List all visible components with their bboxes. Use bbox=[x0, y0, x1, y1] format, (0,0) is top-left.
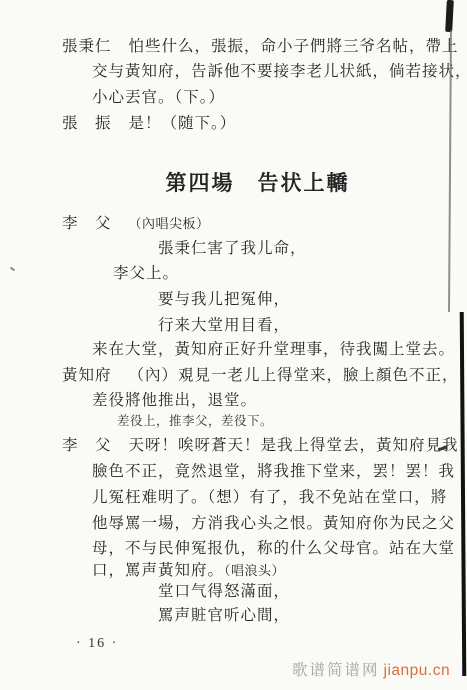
watermark: 歌谱简谱网jianpu.cn bbox=[292, 658, 450, 680]
line-text: 差役將他推出，退堂。 bbox=[92, 392, 257, 409]
line-text: 臉色不正，竟然退堂，將我推下堂来，罢！罢！我 bbox=[92, 463, 455, 480]
script-line: 来在大堂，黃知府正好升堂理事，待我闖上堂去。 bbox=[92, 341, 455, 360]
script-line: 差役將他推出，退堂。 bbox=[92, 392, 257, 411]
scanned-book-page: 張秉仁怕些什么，張振，命小子們將三爷名帖，帶上 交与黃知府，告訴他不要接李老儿状… bbox=[0, 0, 467, 690]
scan-artifact-edge-line bbox=[460, 312, 466, 676]
script-line: 李 父天呀！唉呀蒼天！是我上得堂去，黃知府見我 bbox=[62, 437, 459, 456]
script-line: 他辱罵一場，方消我心头之恨。黃知府你为民之父 bbox=[92, 515, 455, 534]
line-text: 来在大堂，黃知府正好升堂理事，待我闖上堂去。 bbox=[92, 341, 455, 358]
line-text: 是！（随下。） bbox=[129, 115, 237, 132]
line-text: 罵声賍官听心間， bbox=[158, 607, 290, 624]
script-line: 母，不与民伸冤报仇，称的什么父母官。站在大堂 bbox=[92, 540, 455, 559]
speaker-name: 張秉仁 bbox=[62, 38, 112, 57]
speaker-name: 李 父 bbox=[62, 215, 112, 234]
line-text: 怕些什么，張振，命小子們將三爷名帖，帶上 bbox=[129, 38, 459, 55]
scan-artifact-top-blob bbox=[445, 0, 454, 32]
script-line: 張秉仁怕些什么，張振，命小子們將三爷名帖，帶上 bbox=[62, 38, 459, 57]
watermark-site-name: 歌谱简谱网 bbox=[292, 662, 380, 679]
speaker-name: 李 父 bbox=[62, 437, 112, 456]
line-text: 張秉仁害了我儿命， bbox=[158, 240, 307, 257]
script-line: 交与黃知府，告訴他不要接李老儿状紙，倘若接状， bbox=[92, 63, 467, 82]
line-text: 堂口气得怒滿面， bbox=[158, 583, 290, 600]
script-line: 臉色不正，竟然退堂，將我推下堂来，罢！罢！我 bbox=[92, 463, 455, 482]
stage-direction: （內唱尖板） bbox=[129, 216, 210, 231]
line-text: 小心丟官。（下。） bbox=[92, 89, 225, 106]
verse-line: 要与我儿把冤伸， bbox=[158, 291, 290, 310]
line-text: 天呀！唉呀蒼天！是我上得堂去，黃知府見我 bbox=[129, 437, 459, 454]
script-line: 張 振是！（随下。） bbox=[62, 115, 236, 134]
verse-line: 張秉仁害了我儿命， bbox=[158, 240, 307, 259]
script-line: 儿冤枉难明了。（想）有了，我不免站在堂口，將 bbox=[92, 489, 447, 508]
line-text: 他辱罵一場，方消我心头之恨。黃知府你为民之父 bbox=[92, 515, 455, 532]
page-number: · 16 · bbox=[76, 636, 118, 652]
line-text: 口，罵声黃知府。 bbox=[92, 562, 224, 579]
speaker-name: 張 振 bbox=[62, 115, 112, 134]
verse-line: 罵声賍官听心間， bbox=[158, 607, 290, 626]
verse-line: 行来大堂用目看， bbox=[158, 317, 290, 336]
stage-direction-line: 差役上，推李父，差役下。 bbox=[117, 414, 273, 429]
line-text: 母，不与民伸冤报仇，称的什么父母官。站在大堂 bbox=[92, 540, 455, 557]
scan-artifact-tick bbox=[10, 267, 15, 272]
line-text: 儿冤枉难明了。（想）有了，我不免站在堂口，將 bbox=[92, 489, 447, 506]
line-text: 要与我儿把冤伸， bbox=[158, 291, 290, 308]
watermark-site-url: jianpu.cn bbox=[384, 662, 451, 679]
line-text: 差役上，推李父，差役下。 bbox=[117, 414, 273, 428]
line-text: 李父上。 bbox=[113, 265, 179, 282]
line-text: 交与黃知府，告訴他不要接李老儿状紙，倘若接状， bbox=[92, 63, 467, 80]
line-text: 行来大堂用目看， bbox=[158, 317, 290, 334]
line-text: （內）覌見一老儿上得堂来，臉上顏色不正， bbox=[129, 367, 459, 384]
script-line: 口，罵声黃知府。（唱浪头） bbox=[92, 562, 285, 581]
speaker-name: 黃知府 bbox=[62, 367, 112, 386]
stage-direction-line: 李父上。 bbox=[113, 265, 179, 284]
stage-direction: （唱浪头） bbox=[224, 563, 285, 578]
script-line: 黃知府（內）覌見一老儿上得堂来，臉上顏色不正， bbox=[62, 367, 459, 386]
script-line: 小心丟官。（下。） bbox=[92, 89, 225, 108]
script-line: 李 父（內唱尖板） bbox=[62, 215, 210, 234]
verse-line: 堂口气得怒滿面， bbox=[158, 583, 290, 602]
scene-heading: 第四場 告状上轎 bbox=[0, 167, 467, 197]
